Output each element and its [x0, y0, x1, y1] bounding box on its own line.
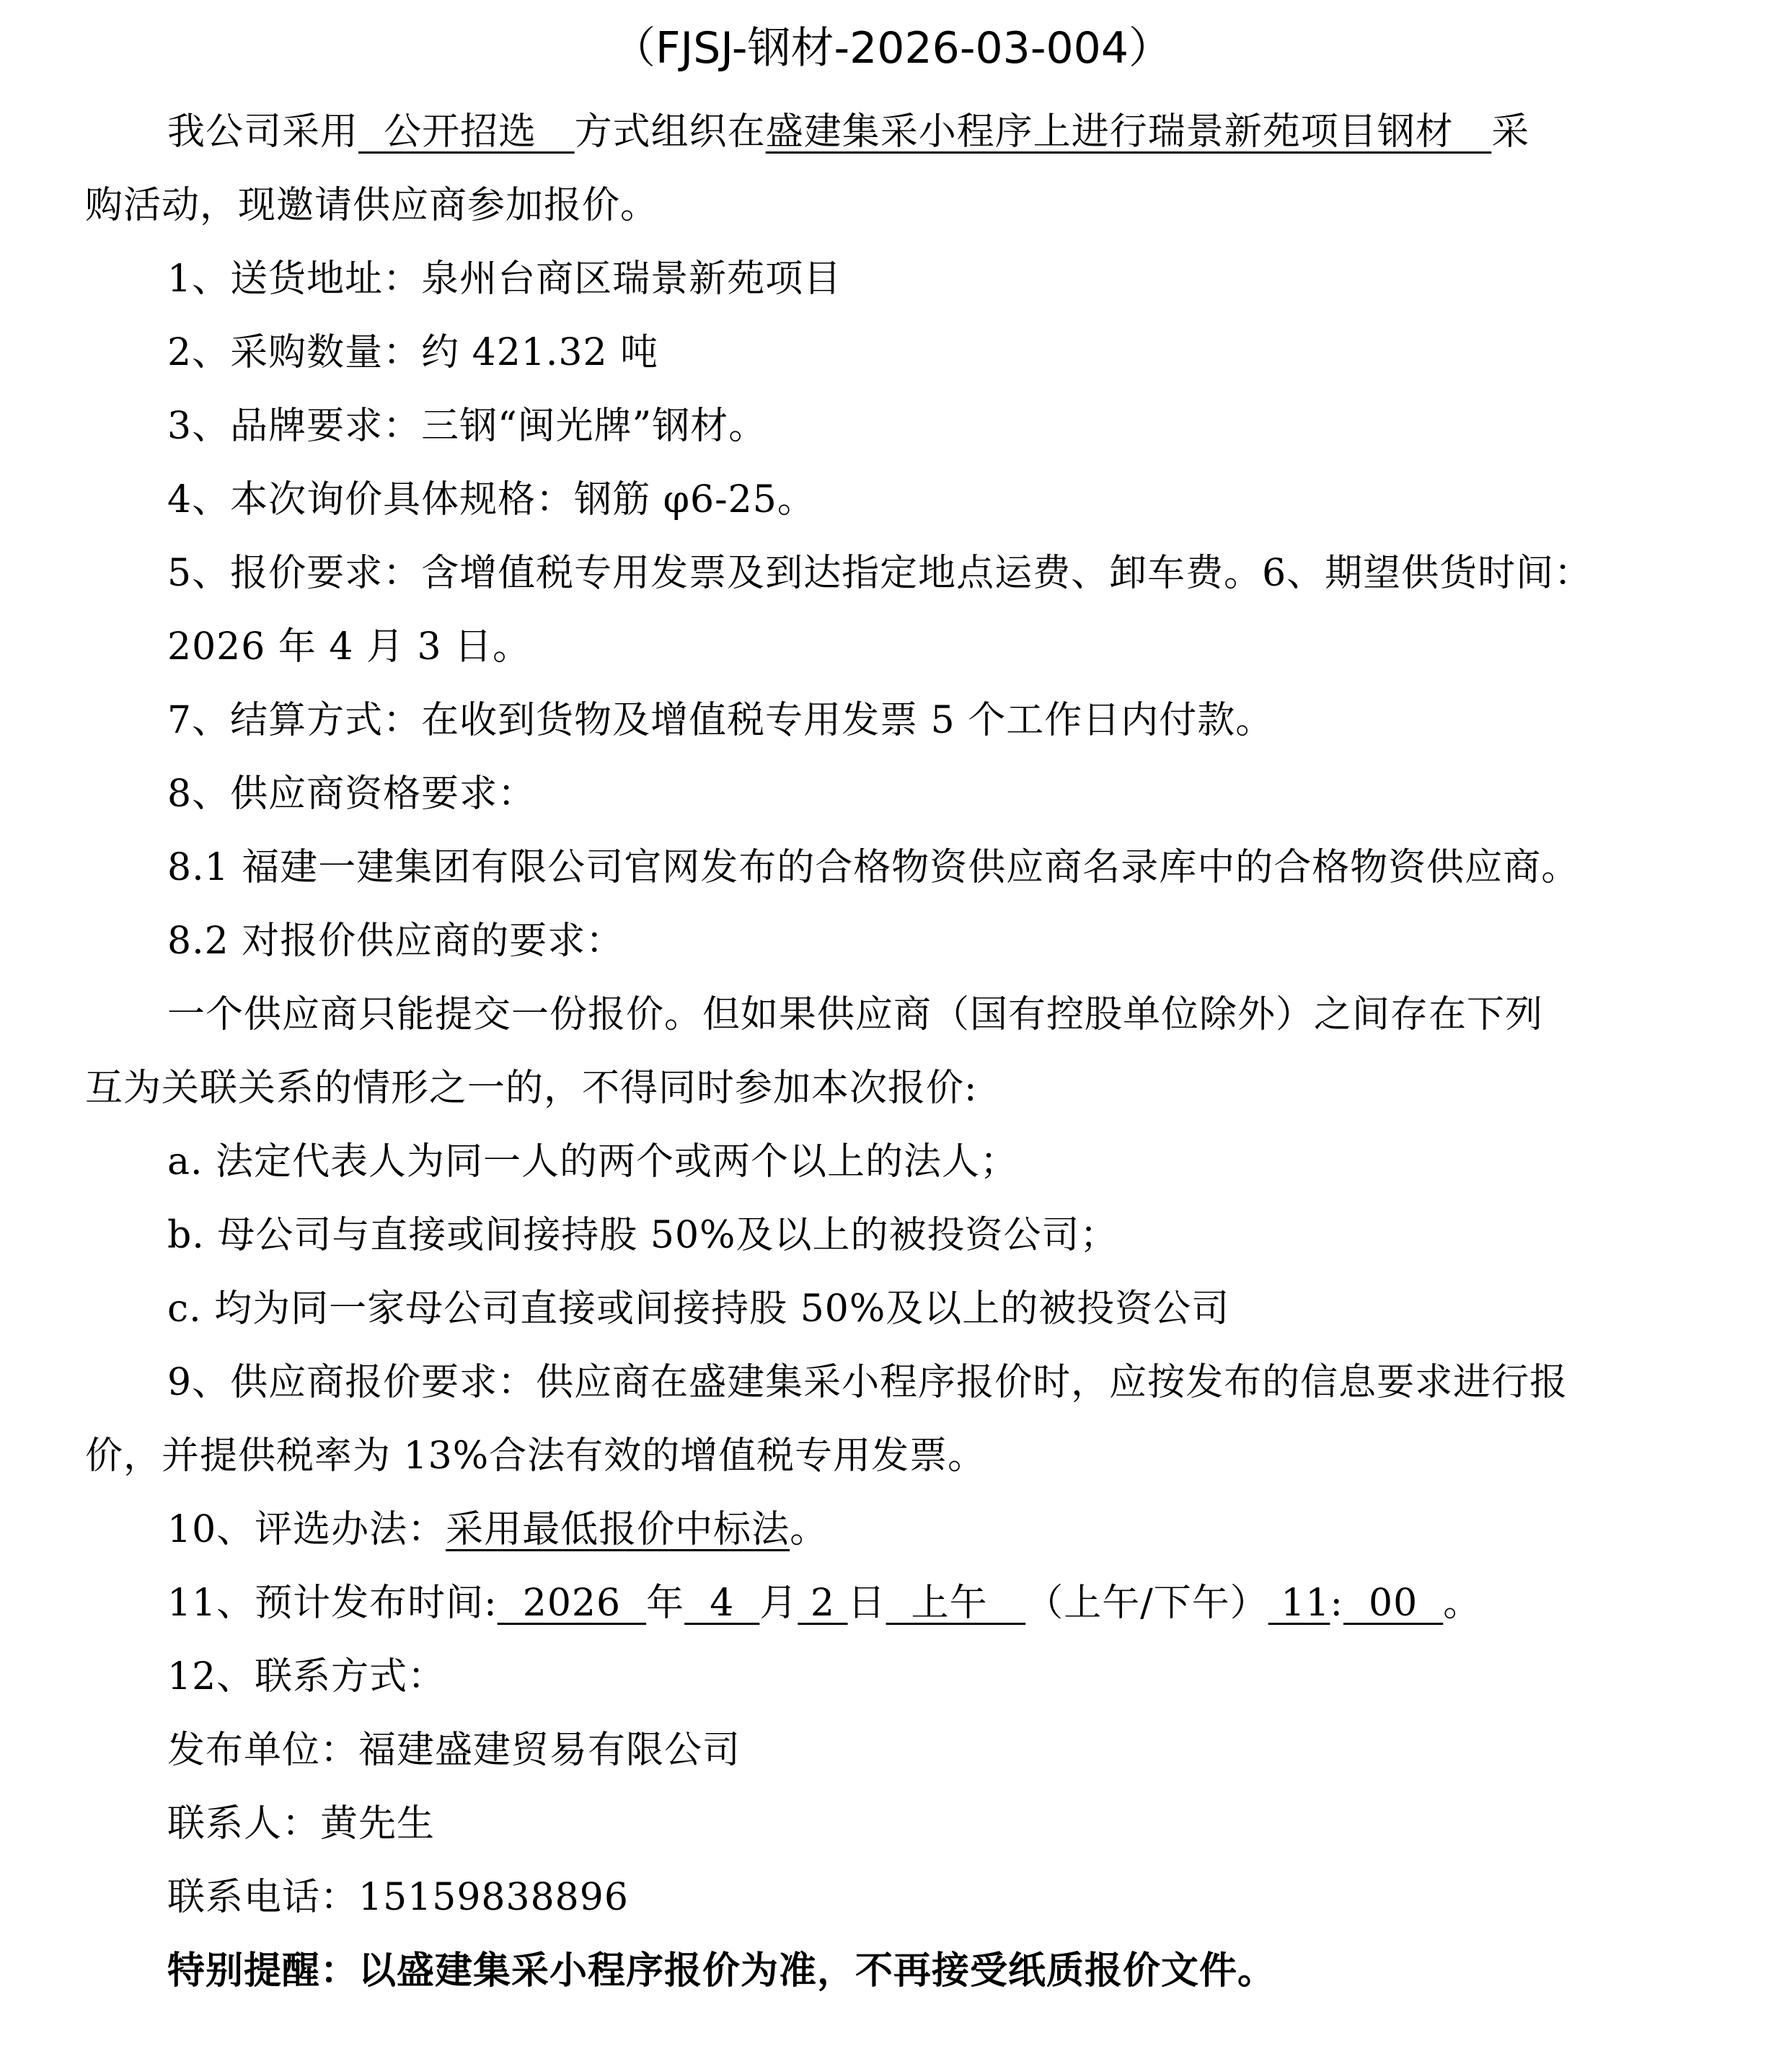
- contact-person: 联系人：黄先生: [167, 1799, 435, 1849]
- intro-suffix: 采: [1491, 110, 1529, 154]
- condition-b: b. 母公司与直接或间接持股 50%及以上的被投资公司；: [167, 1210, 1118, 1261]
- publish-minute-field: 00: [1343, 1582, 1443, 1625]
- procurement-method-field: 公开招选: [358, 110, 575, 154]
- month-unit: 月: [759, 1582, 798, 1625]
- item-qualification-8-1: 8.1 福建一建集团有限公司官网发布的合格物资供应商名录库中的合格物资供应商。: [167, 842, 1579, 893]
- item-contact-heading: 12、联系方式：: [167, 1652, 446, 1702]
- item-qualification-heading: 8、供应商资格要求：: [167, 769, 536, 819]
- intro-prefix: 我公司采用: [167, 110, 358, 154]
- item-settlement: 7、结算方式：在收到货物及增值税专用发票 5 个工作日内付款。: [167, 695, 1273, 746]
- intro-middle: 方式组织在: [575, 110, 766, 154]
- condition-a: a. 法定代表人为同一人的两个或两个以上的法人；: [167, 1137, 1018, 1187]
- supplier-quote-line-1: 9、供应商报价要求：供应商在盛建集采小程序报价时，应按发布的信息要求进行报: [167, 1357, 1568, 1408]
- publish-period-field: 上午: [886, 1582, 1026, 1625]
- item-quantity: 2、采购数量：约 421.32 吨: [167, 327, 658, 378]
- contact-publisher: 发布单位：福建盛建贸易有限公司: [167, 1725, 741, 1776]
- condition-c: c. 均为同一家母公司直接或间接持股 50%及以上的被投资公司: [167, 1284, 1229, 1334]
- item-expected-delivery-date: 2026 年 4 月 3 日。: [167, 622, 531, 672]
- item-publish-time: 11、预计发布时间: 2026 年 4 月 2 日 上午 （上午/下午） 11:…: [167, 1578, 1481, 1628]
- publish-day-field: 2: [798, 1582, 847, 1625]
- one-quote-line-1: 一个供应商只能提交一份报价。但如果供应商（国有控股单位除外）之间存在下列: [167, 989, 1543, 1040]
- publish-time-end: 。: [1443, 1582, 1481, 1625]
- contact-phone: 联系电话：15159838896: [167, 1872, 629, 1923]
- day-unit: 日: [848, 1582, 886, 1625]
- document-title: （FJSJ-钢材-2026-03-004）: [0, 16, 1784, 81]
- item-delivery-address: 1、送货地址：泉州台商区瑞景新苑项目: [167, 254, 842, 304]
- item-brand: 3、品牌要求：三钢“闽光牌”钢材。: [167, 401, 767, 451]
- publish-year-field: 2026: [498, 1582, 646, 1625]
- intro-line-1: 我公司采用 公开招选 方式组织在盛建集采小程序上进行瑞景新苑项目钢材 采: [167, 107, 1529, 157]
- special-reminder: 特别提醒：以盛建集采小程序报价为准，不再接受纸质报价文件。: [167, 1946, 1276, 1996]
- item-evaluation: 10、评选办法：采用最低报价中标法。: [167, 1504, 828, 1555]
- supplier-quote-line-2: 价，并提供税率为 13%合法有效的增值税专用发票。: [85, 1431, 986, 1481]
- publish-hour-field: 11: [1268, 1582, 1330, 1625]
- year-unit: 年: [646, 1582, 684, 1625]
- platform-project-field: 盛建集采小程序上进行瑞景新苑项目钢材: [766, 110, 1492, 154]
- one-quote-line-2: 互为关联关系的情形之一的，不得同时参加本次报价:: [85, 1063, 978, 1114]
- time-colon: :: [1330, 1582, 1343, 1625]
- item-spec: 4、本次询价具体规格：钢筋 φ6-25。: [167, 475, 816, 525]
- procurement-notice-page: （FJSJ-钢材-2026-03-004） 我公司采用 公开招选 方式组织在盛建…: [0, 0, 1784, 2072]
- publish-time-label: 11、预计发布时间:: [167, 1582, 498, 1625]
- evaluation-method-field: 采用最低报价中标法: [446, 1508, 790, 1551]
- intro-line-2: 购活动，现邀请供应商参加报价。: [85, 180, 658, 231]
- item-qualification-8-2: 8.2 对报价供应商的要求：: [167, 916, 624, 966]
- publish-month-field: 4: [684, 1582, 759, 1625]
- item-quote-requirement: 5、报价要求：含增值税专用发票及到达指定地点运费、卸车费。6、期望供货时间：: [167, 548, 1592, 599]
- evaluation-end: 。: [790, 1508, 828, 1551]
- period-hint: （上午/下午）: [1025, 1582, 1268, 1625]
- evaluation-label: 10、评选办法：: [167, 1508, 446, 1551]
